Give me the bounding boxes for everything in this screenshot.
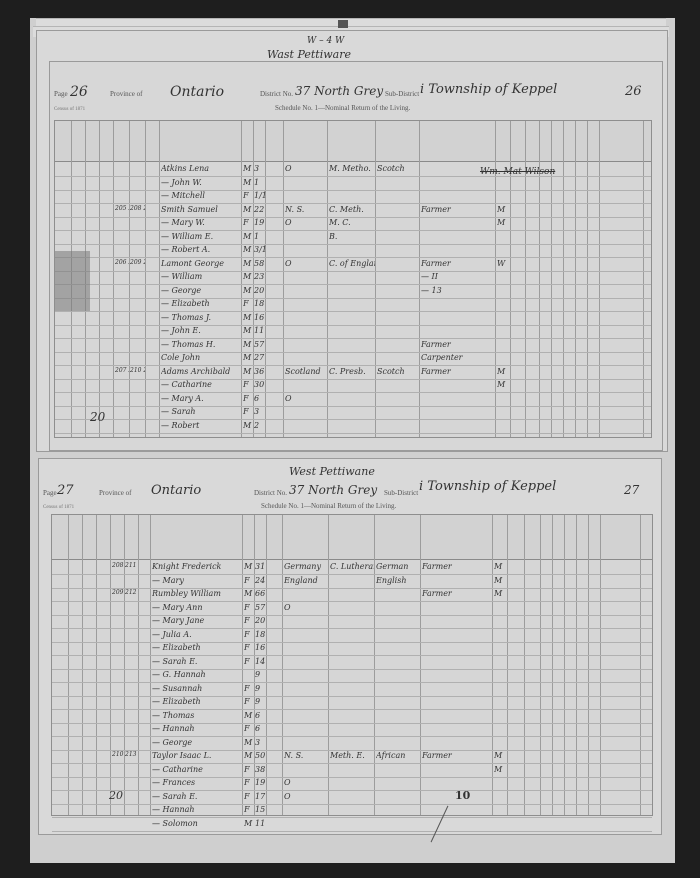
table-row: Atkins LenaM3OM. Metho.Scotch (55, 163, 651, 177)
table-row: — ElizabethF18 (55, 298, 651, 312)
cell-age: 11 (254, 326, 266, 335)
cell-name: — Mary Jane (152, 616, 242, 625)
cell-sex: M (243, 367, 253, 376)
cell-age: 1/12 (254, 191, 266, 200)
cell-married: M (494, 562, 506, 571)
table-row: — GeorgeM20— 13 (55, 285, 651, 299)
cell-name: — William E. (161, 232, 241, 241)
cell-birth: O (284, 778, 328, 787)
cell-birth: England (284, 576, 328, 585)
table-row: 206 206209 209Lamont GeorgeM58OC. of Eng… (55, 258, 651, 272)
cell-religion: Meth. E. (330, 751, 374, 760)
cell-name: — Elizabeth (152, 643, 242, 652)
table-row: — SarahF3 (55, 406, 651, 420)
table-row: — Mary W.F19OM. C.M (55, 217, 651, 231)
cell-age: 16 (255, 643, 267, 652)
cell-occupation: Farmer (422, 751, 490, 760)
census-page-top: W – 4 W Wast Pettiware West Pettiwane Pa… (36, 30, 668, 452)
table-row: — SolomonM11 (52, 818, 652, 832)
cell-name: — Sarah (161, 407, 241, 416)
cell-age: 11 (255, 819, 267, 828)
cell-age: 1 (254, 178, 266, 187)
cell-age: 3 (254, 407, 266, 416)
cell-name: — Mary (152, 576, 242, 585)
cell-name: — George (161, 286, 241, 295)
cell-name: Atkins Lena (161, 164, 241, 173)
cell-birth: O (285, 259, 325, 268)
schedule-title: Schedule No. 1—Nominal Return of the Liv… (275, 104, 410, 112)
cell-occupation: — 13 (421, 286, 493, 295)
schedule-title: Schedule No. 1—Nominal Return of the Liv… (261, 502, 396, 510)
cell-age: 31 (255, 562, 267, 571)
cell-name: — Mary A. (161, 394, 241, 403)
cell-age: 18 (254, 299, 266, 308)
cell-dwelling: 206 206 (115, 259, 129, 266)
cell-sex: F (243, 218, 253, 227)
cell-age: 16 (254, 313, 266, 322)
cell-name: — Susannah (152, 684, 242, 693)
cell-sex: F (244, 630, 254, 639)
cell-name: — Solomon (152, 819, 242, 828)
cell-birth: N. S. (284, 751, 328, 760)
form-frame: Page 26 Census of 1871 Province of Ontar… (49, 61, 663, 451)
subdistrict-label: Sub-District (385, 90, 419, 98)
cell-name: Taylor Isaac L. (152, 751, 242, 760)
cell-age: 50 (255, 751, 267, 760)
table-row: 205 205208 208Smith SamuelM22N. S.C. Met… (55, 204, 651, 218)
cell-dwelling: 208 208 (112, 562, 125, 569)
cell-sex: F (243, 191, 253, 200)
cell-age: 57 (254, 340, 266, 349)
cell-name: — Thomas J. (161, 313, 241, 322)
cell-religion: C. Presb. (329, 367, 375, 376)
cell-occupation: Farmer (422, 589, 490, 598)
table-row: — William E.M1B. (55, 231, 651, 245)
cell-name: — Robert A. (161, 245, 241, 254)
cell-sex: F (243, 407, 253, 416)
cell-married: M (497, 367, 509, 376)
table-row: — GeorgeM3 (52, 737, 652, 751)
cell-age: 27 (254, 353, 266, 362)
cell-age: 3/12 (254, 245, 266, 254)
cell-age: 9 (255, 684, 267, 693)
cell-married: M (494, 751, 506, 760)
cell-sex: F (244, 643, 254, 652)
cell-dwelling: 210 210 (112, 751, 125, 758)
cell-name: — Mitchell (161, 191, 241, 200)
cell-name: — Sarah E. (152, 792, 242, 801)
cell-sex: M (243, 205, 253, 214)
table-row: — ThomasM6 (52, 710, 652, 724)
cell-family: 208 208 (130, 205, 145, 212)
table-row: — WilliamM23— II (55, 271, 651, 285)
table-header (52, 515, 652, 560)
cell-married: M (497, 380, 509, 389)
cell-age: 15 (255, 805, 267, 814)
cell-age: 23 (254, 272, 266, 281)
cell-age: 24 (255, 576, 267, 585)
cell-sex: F (244, 778, 254, 787)
cell-name: — Thomas H. (161, 340, 241, 349)
table-row: — John W.M1 (55, 177, 651, 191)
census-label: Census of 1871 (54, 107, 85, 112)
cell-religion: C. Meth. (329, 205, 375, 214)
cell-dwelling: 205 205 (115, 205, 129, 212)
table-row: 207 207210 210Adams ArchibaldM36Scotland… (55, 366, 651, 380)
cell-age: 9 (255, 670, 267, 679)
cell-birth: Germany (284, 562, 328, 571)
cell-religion: M. Metho. (329, 164, 375, 173)
cell-name: Knight Frederick (152, 562, 242, 571)
table-row: — Thomas J.M16 (55, 312, 651, 326)
table-row: — Robert A.M3/12 (55, 244, 651, 258)
cell-sex: M (243, 178, 253, 187)
cell-married: M (494, 576, 506, 585)
cell-married: M (497, 218, 509, 227)
cell-age: 19 (255, 778, 267, 787)
cell-sex: M (243, 313, 253, 322)
table-row: — CatharineF38M (52, 764, 652, 778)
table-row: — ElizabethF16 (52, 642, 652, 656)
table-row: 209 209212 212Rumbley WilliamM66FarmerM (52, 588, 652, 602)
footer-number: 10 (455, 789, 470, 802)
table-row: — Mary JaneF20 (52, 615, 652, 629)
cell-sex: M (243, 259, 253, 268)
page-number-right: 27 (624, 483, 639, 497)
cell-sex: M (243, 340, 253, 349)
cell-family: 209 209 (130, 259, 145, 266)
table-row: Cole JohnM27Carpenter (55, 352, 651, 366)
page-number-left: 27 (57, 483, 74, 498)
district-value: 37 North Grey (289, 483, 377, 497)
cell-sex: F (243, 299, 253, 308)
cell-birth: O (285, 218, 325, 227)
cell-birth: Scotland (285, 367, 325, 376)
cell-name: — Mary W. (161, 218, 241, 227)
cell-age: 38 (255, 765, 267, 774)
cell-sex: M (244, 589, 254, 598)
cell-age: 20 (255, 616, 267, 625)
cell-age: 6 (255, 711, 267, 720)
cell-age: 2 (254, 421, 266, 430)
cell-sex: F (244, 576, 254, 585)
cell-birth: N. S. (285, 205, 325, 214)
table-row: 210 210213 213Taylor Isaac L.M50N. S.Met… (52, 750, 652, 764)
cell-age: 3 (254, 164, 266, 173)
cell-married: M (494, 589, 506, 598)
table-row: — John E.M11 (55, 325, 651, 339)
district-label: District No. (260, 90, 293, 98)
cell-sex: F (244, 792, 254, 801)
cell-sex: M (244, 562, 254, 571)
table-row: — Mary A.F6O (55, 393, 651, 407)
table-row: — Thomas H.M57Farmer (55, 339, 651, 353)
cell-family: 212 212 (125, 589, 138, 596)
cell-age: 9 (255, 697, 267, 706)
cell-age: 14 (255, 657, 267, 666)
table-row: — RobertM2 (55, 420, 651, 434)
cell-sex: M (244, 711, 254, 720)
cell-name: — G. Hannah (152, 670, 242, 679)
cell-sex: F (244, 603, 254, 612)
census-label: Census of 1871 (43, 505, 74, 510)
province-label: Province of (99, 489, 131, 497)
cell-sex: M (244, 738, 254, 747)
cell-family: 213 213 (125, 751, 138, 758)
page-label: Page (54, 90, 68, 98)
annotation: Wast Pettiware (267, 48, 351, 61)
table-row: — Sarah E.F14 (52, 656, 652, 670)
cell-age: 6 (254, 394, 266, 403)
cell-age: 3 (255, 738, 267, 747)
cell-occupation: Farmer (421, 340, 493, 349)
cell-birth: O (285, 394, 325, 403)
cell-name: — Elizabeth (152, 697, 242, 706)
cell-religion: M. C. (329, 218, 375, 227)
cell-name: — William (161, 272, 241, 281)
cell-sex: F (243, 394, 253, 403)
annotation: W – 4 W (307, 36, 344, 46)
cell-sex: F (244, 697, 254, 706)
cell-sex: F (244, 616, 254, 625)
province-value: Ontario (170, 84, 224, 100)
cell-family: 211 211 (125, 562, 138, 569)
cell-religion: C. Lutheran (330, 562, 374, 571)
page-number-right: 26 (625, 84, 642, 99)
cell-age: 36 (254, 367, 266, 376)
cell-age: 22 (254, 205, 266, 214)
subdistrict-value: i Township of Keppel (419, 479, 556, 494)
cell-name: Smith Samuel (161, 205, 241, 214)
cell-name: — Thomas (152, 711, 242, 720)
cell-sex: M (243, 245, 253, 254)
cell-occupation: Farmer (421, 367, 493, 376)
subdistrict-label: Sub-District (384, 489, 418, 497)
cell-age: 30 (254, 380, 266, 389)
table-row: — ElizabethF9 (52, 696, 652, 710)
cell-name: — John W. (161, 178, 241, 187)
cell-sex: M (243, 164, 253, 173)
page-number-left: 26 (70, 84, 88, 100)
cell-sex: F (244, 765, 254, 774)
cell-married: W (497, 259, 509, 268)
cell-age: 1 (254, 232, 266, 241)
page-label: Page (43, 489, 57, 497)
cell-birth: O (285, 164, 325, 173)
cell-sex: M (243, 421, 253, 430)
cell-name: — Hannah (152, 724, 242, 733)
cell-sex: F (244, 724, 254, 733)
cell-sex: F (244, 684, 254, 693)
province-value: Ontario (151, 483, 201, 498)
cell-dwelling: 207 207 (115, 367, 129, 374)
cell-age: 58 (254, 259, 266, 268)
cell-name: — Catharine (152, 765, 242, 774)
annotation: West Pettiwane (289, 465, 375, 478)
cell-married: M (497, 205, 509, 214)
table-row: — HannahF15 (52, 804, 652, 818)
cell-name: Rumbley William (152, 589, 242, 598)
table-row: 208 208211 211Knight FrederickM31Germany… (52, 561, 652, 575)
cell-occupation: — II (421, 272, 493, 281)
footer-mark: 20 (109, 789, 123, 802)
cell-origin: German (376, 562, 420, 571)
cell-origin: English (376, 576, 420, 585)
table-row: — CatharineF30M (55, 379, 651, 393)
cell-sex: M (243, 232, 253, 241)
paper-damage (55, 251, 90, 311)
cell-name: — John E. (161, 326, 241, 335)
cell-sex: M (243, 286, 253, 295)
cell-age: 18 (255, 630, 267, 639)
census-page-bottom: West Pettiwane Page 27 Census of 1871 Pr… (38, 458, 662, 835)
cell-age: 57 (255, 603, 267, 612)
cell-name: — Catharine (161, 380, 241, 389)
cell-sex: F (243, 380, 253, 389)
cell-sex: F (244, 805, 254, 814)
cell-name: Lamont George (161, 259, 241, 268)
cell-religion: B. (329, 232, 375, 241)
cell-origin: Scotch (377, 164, 419, 173)
cell-age: 17 (255, 792, 267, 801)
cell-age: 20 (254, 286, 266, 295)
cell-occupation: Carpenter (421, 353, 493, 362)
cell-dwelling: 209 209 (112, 589, 125, 596)
cell-age: 19 (254, 218, 266, 227)
cell-origin: African (376, 751, 420, 760)
district-value: 37 North Grey (295, 84, 383, 98)
cell-occupation: Farmer (421, 259, 493, 268)
footer-mark: 20 (90, 410, 105, 424)
cell-origin: Scotch (377, 367, 419, 376)
cell-name: — Robert (161, 421, 241, 430)
cell-married: M (494, 765, 506, 774)
cell-name: Adams Archibald (161, 367, 241, 376)
remarks-note: Wm. Mat Wilson (480, 167, 555, 177)
table-row: — Mary AnnF57O (52, 602, 652, 616)
cell-sex: M (243, 326, 253, 335)
table-row: — MaryF24EnglandEnglishM (52, 575, 652, 589)
cell-sex: F (244, 657, 254, 666)
cell-name: — Hannah (152, 805, 242, 814)
cell-sex: M (244, 819, 254, 828)
cell-name: — Julia A. (152, 630, 242, 639)
table-row: — SusannahF9 (52, 683, 652, 697)
cell-sex: M (244, 751, 254, 760)
district-label: District No. (254, 489, 287, 497)
cell-birth: O (284, 603, 328, 612)
table-row: — Julia A.F18 (52, 629, 652, 643)
table-row: — HannahF6 (52, 723, 652, 737)
cell-age: 6 (255, 724, 267, 733)
cell-family: 210 210 (130, 367, 145, 374)
cell-occupation: Farmer (422, 562, 490, 571)
cell-age: 66 (255, 589, 267, 598)
cell-name: — George (152, 738, 242, 747)
cell-name: — Elizabeth (161, 299, 241, 308)
table-row: — G. Hannah9 (52, 669, 652, 683)
cell-name: — Sarah E. (152, 657, 242, 666)
table-row: — FrancesF19O (52, 777, 652, 791)
subdistrict-value: i Township of Keppel (420, 82, 557, 97)
table-row: — Sarah E.F17O (52, 791, 652, 805)
census-table: Atkins LenaM3OM. Metho.Scotch— John W.M1… (54, 120, 652, 438)
cell-name: — Mary Ann (152, 603, 242, 612)
cell-sex: M (243, 353, 253, 362)
cell-name: — Frances (152, 778, 242, 787)
binding-tab (338, 20, 348, 28)
cell-name: Cole John (161, 353, 241, 362)
cell-religion: C. of England (329, 259, 375, 268)
table-row: — MitchellF1/12 (55, 190, 651, 204)
province-label: Province of (110, 90, 142, 98)
cell-occupation: Farmer (421, 205, 493, 214)
census-table: 208 208211 211Knight FrederickM31Germany… (51, 514, 653, 816)
cell-birth: O (284, 792, 328, 801)
cell-sex: M (243, 272, 253, 281)
